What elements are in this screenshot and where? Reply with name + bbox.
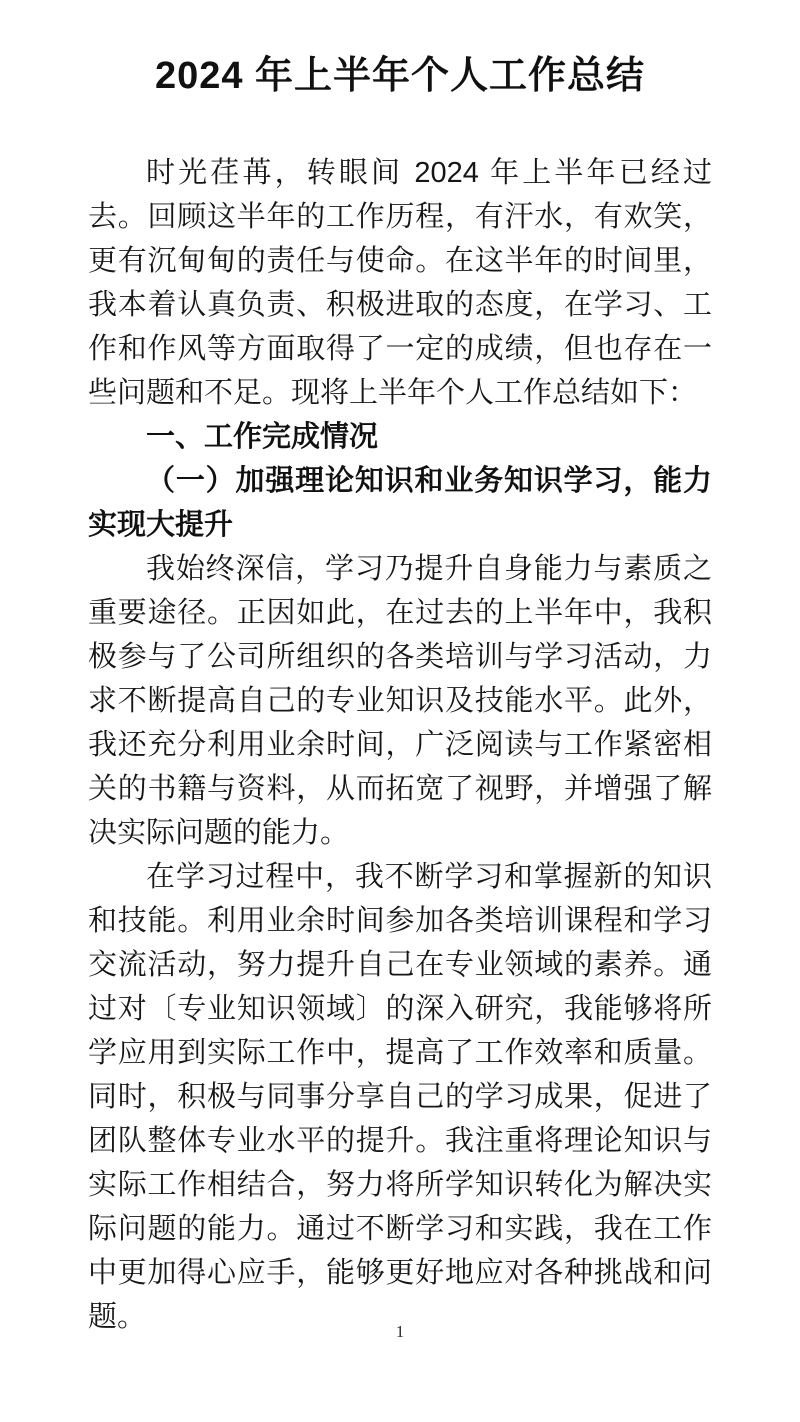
section-heading-work-completion: 一、工作完成情况 [88,415,712,459]
page-number: 1 [0,1322,800,1342]
document-body: 时光荏苒，转眼间 2024 年上半年已经过去。回顾这半年的工作历程，有汗水，有欢… [0,151,800,1339]
paragraph-learning-process: 在学习过程中，我不断学习和掌握新的知识和技能。利用业余时间参加各类培训课程和学习… [88,855,712,1339]
paragraph-opening: 时光荏苒，转眼间 2024 年上半年已经过去。回顾这半年的工作历程，有汗水，有欢… [88,151,712,415]
document-title: 2024 年上半年个人工作总结 [0,0,800,101]
document-page: 2024 年上半年个人工作总结 时光荏苒，转眼间 2024 年上半年已经过去。回… [0,0,800,1422]
subsection-heading-learning: （一）加强理论知识和业务知识学习，能力实现大提升 [88,459,712,547]
paragraph-training-participation: 我始终深信，学习乃提升自身能力与素质之重要途径。正因如此，在过去的上半年中，我积… [88,547,712,855]
